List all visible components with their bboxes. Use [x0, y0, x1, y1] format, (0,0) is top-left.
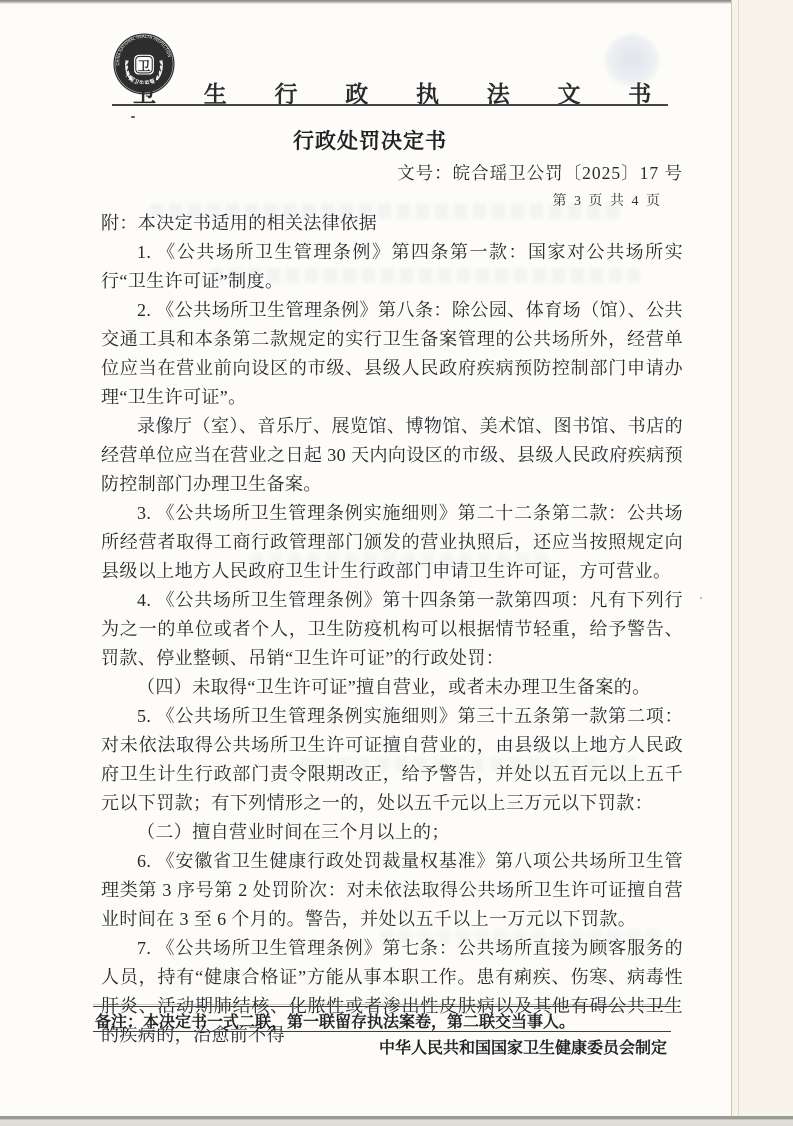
ink-speck — [131, 116, 135, 118]
paper-right-edge — [731, 0, 793, 1126]
body-text: 附：本决定书适用的相关法律依据1. 《公共场所卫生管理条例》第四条第一款：国家对… — [101, 209, 683, 1050]
ink-speck — [700, 597, 702, 599]
paper-edge-line — [738, 0, 739, 1126]
body-paragraph: 1. 《公共场所卫生管理条例》第四条第一款：国家对公共场所实行“卫生许可证”制度… — [101, 238, 683, 296]
scan-top-edge — [0, 0, 793, 4]
footer-divider-bottom — [93, 1031, 671, 1032]
document-title: 行政处罚决定书 — [120, 125, 620, 155]
footer-divider-top — [93, 1006, 671, 1007]
body-paragraph: 2. 《公共场所卫生管理条例》第八条：除公园、体育场（馆）、公共交通工具和本条第… — [101, 296, 683, 412]
seal-center-glyph: 卫 — [138, 59, 151, 73]
body-paragraph: 录像厅（室）、音乐厅、展览馆、博物馆、美术馆、图书馆、书店的经营单位应当在营业之… — [101, 412, 683, 499]
scan-bottom-edge — [0, 1116, 793, 1126]
body-paragraph: （四）未取得“卫生许可证”擅自营业，或者未办理卫生备案的。 — [101, 673, 683, 702]
body-paragraph: （二）擅自营业时间在三个月以上的； — [101, 818, 683, 847]
footer-issuer: 中华人民共和国国家卫生健康委员会制定 — [379, 1035, 667, 1058]
body-paragraph: 4. 《公共场所卫生管理条例》第十四条第一款第四项：凡有下列行为之一的单位或者个… — [101, 586, 683, 673]
body-paragraph: 6. 《安徽省卫生健康行政处罚裁量权基准》第八项公共场所卫生管理类第 3 序号第… — [101, 847, 683, 934]
page-indicator: 第 3 页 共 4 页 — [553, 190, 663, 210]
document-number: 文号：皖合瑶卫公罚〔2025〕17 号 — [397, 160, 683, 185]
body-paragraph: 3. 《公共场所卫生管理条例实施细则》第二十二条第二款：公共场所经营者取得工商行… — [101, 499, 683, 586]
body-paragraph: 附：本决定书适用的相关法律依据 — [101, 209, 683, 238]
header-divider-rule — [112, 104, 668, 106]
scanned-document-page: CHINA NATIONAL HEALTH INSPECTION 卫 中国卫生监… — [0, 0, 793, 1126]
body-paragraph: 5. 《公共场所卫生管理条例实施细则》第三十五条第一款第二项：对未依法取得公共场… — [101, 702, 683, 818]
body-paragraph: 7. 《公共场所卫生管理条例》第七条：公共场所直接为顾客服务的人员，持有“健康合… — [101, 934, 683, 1050]
footer-note: 备注：本决定书一式二联，第一联留存执法案卷，第二联交当事人。 — [95, 1009, 575, 1032]
